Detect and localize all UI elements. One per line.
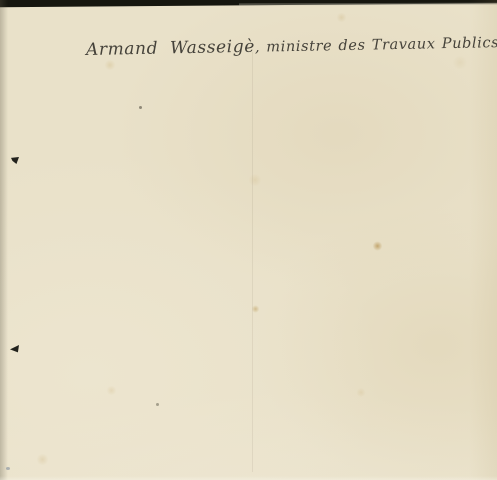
page-edge-bottom-highlight [0, 476, 497, 480]
fold-line [252, 52, 253, 472]
page-edge-left-shadow [0, 0, 8, 480]
scanned-document-page: Armand Wasseigè, ministre des Travaux Pu… [0, 0, 497, 480]
foxing-stain [36, 454, 49, 465]
foxing-stain [372, 241, 383, 251]
foxing-stain [104, 60, 116, 70]
inscription-title: , ministre des Travaux Publics. [255, 35, 497, 56]
foxing-stain [356, 388, 366, 397]
scan-edge-top-highlight [239, 3, 497, 6]
inscription-name: Armand Wasseigè [86, 37, 255, 60]
margin-mark-upper [11, 157, 19, 164]
foxing-stain [106, 386, 117, 395]
ink-speck [139, 106, 142, 109]
foxing-stain [452, 56, 468, 69]
ink-speck [156, 403, 159, 406]
foxing-stain [336, 13, 347, 22]
margin-mark-lower [10, 345, 19, 353]
handwritten-inscription: Armand Wasseigè, ministre des Travaux Pu… [86, 32, 497, 60]
foxing-stain [248, 174, 262, 186]
page-edge-right-tone [469, 0, 497, 480]
